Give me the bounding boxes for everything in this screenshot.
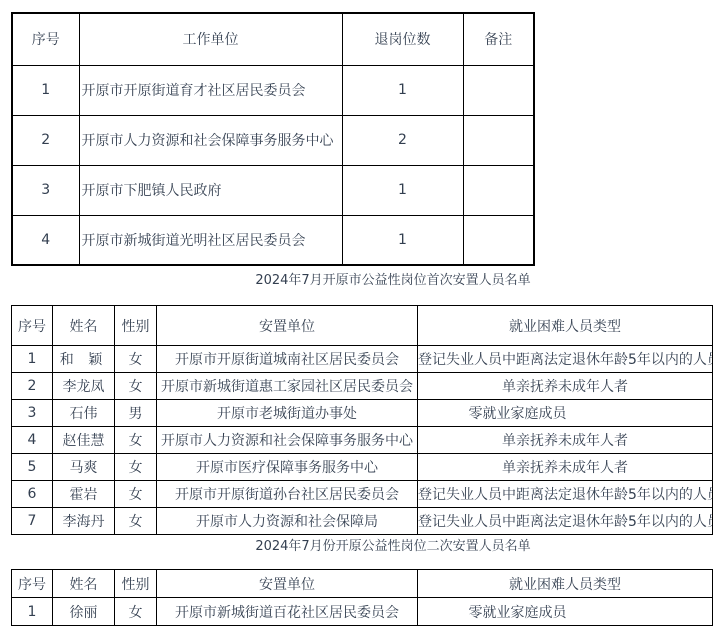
cell-placement-unit: 开原市医疗保障事务服务中心 [157, 454, 418, 481]
table-row: 6 霍岩 女 开原市开原街道孙台社区居民委员会 登记失业人员中距离法定退休年龄5… [12, 481, 713, 508]
cell-gender: 女 [115, 508, 157, 535]
cell-difficulty-type: 单亲抚养未成年人者 [418, 373, 713, 400]
cell-name: 和 颖 [53, 346, 115, 373]
cell-placement-unit: 开原市人力资源和社会保障事务服务中心 [157, 427, 418, 454]
table-row: 1 开原市开原街道育才社区居民委员会 1 [12, 65, 534, 115]
cell-difficulty-type: 零就业家庭成员 [418, 400, 713, 427]
cell-difficulty-type: 零就业家庭成员 [418, 598, 713, 626]
cell-vacated-count: 1 [342, 215, 463, 265]
cell-placement-unit: 开原市人力资源和社会保障局 [157, 508, 418, 535]
first-placement-title: 2024年7月开原市公益性岗位首次安置人员名单 [0, 272, 722, 290]
cell-name: 马爽 [53, 454, 115, 481]
th-gender: 性别 [115, 570, 157, 598]
th-seq: 序号 [12, 570, 53, 598]
cell-placement-unit: 开原市新城街道百花社区居民委员会 [157, 598, 418, 626]
cell-name: 石伟 [53, 400, 115, 427]
cell-note [463, 115, 534, 165]
th-vacated-count: 退岗位数 [342, 13, 463, 65]
table-row: 4 开原市新城街道光明社区居民委员会 1 [12, 215, 534, 265]
cell-seq: 4 [12, 427, 53, 454]
th-work-unit: 工作单位 [79, 13, 342, 65]
th-seq: 序号 [12, 306, 53, 346]
cell-work-unit: 开原市新城街道光明社区居民委员会 [79, 215, 342, 265]
cell-gender: 女 [115, 454, 157, 481]
cell-seq: 3 [12, 400, 53, 427]
table-row: 5 马爽 女 开原市医疗保障事务服务中心 单亲抚养未成年人者 [12, 454, 713, 481]
cell-difficulty-type: 单亲抚养未成年人者 [418, 427, 713, 454]
cell-seq: 3 [12, 165, 79, 215]
th-difficulty-type: 就业困难人员类型 [418, 570, 713, 598]
cell-gender: 女 [115, 598, 157, 626]
cell-name: 赵佳慧 [53, 427, 115, 454]
second-placement-title: 2024年7月份开原公益性岗位二次安置人员名单 [0, 538, 722, 556]
th-gender: 性别 [115, 306, 157, 346]
th-note: 备注 [463, 13, 534, 65]
cell-gender: 女 [115, 373, 157, 400]
cell-note [463, 215, 534, 265]
cell-name: 徐丽 [53, 598, 115, 626]
cell-note [463, 65, 534, 115]
table-row: 2 开原市人力资源和社会保障事务服务中心 2 [12, 115, 534, 165]
cell-seq: 7 [12, 508, 53, 535]
table-row: 2 李龙凤 女 开原市新城街道惠工家园社区居民委员会 单亲抚养未成年人者 [12, 373, 713, 400]
th-difficulty-type: 就业困难人员类型 [418, 306, 713, 346]
cell-work-unit: 开原市下肥镇人民政府 [79, 165, 342, 215]
table-header-row: 序号 姓名 性别 安置单位 就业困难人员类型 [12, 570, 713, 598]
cell-gender: 男 [115, 400, 157, 427]
th-placement-unit: 安置单位 [157, 570, 418, 598]
table-row: 3 石伟 男 开原市老城街道办事处 零就业家庭成员 [12, 400, 713, 427]
cell-difficulty-type: 单亲抚养未成年人者 [418, 454, 713, 481]
th-name: 姓名 [53, 570, 115, 598]
cell-placement-unit: 开原市新城街道惠工家园社区居民委员会 [157, 373, 418, 400]
cell-seq: 1 [12, 346, 53, 373]
cell-placement-unit: 开原市开原街道城南社区居民委员会 [157, 346, 418, 373]
cell-vacated-count: 2 [342, 115, 463, 165]
cell-name: 李龙凤 [53, 373, 115, 400]
work-unit-table: 序号 工作单位 退岗位数 备注 1 开原市开原街道育才社区居民委员会 1 2 开… [11, 12, 535, 266]
second-placement-table: 序号 姓名 性别 安置单位 就业困难人员类型 1 徐丽 女 开原市新城街道百花社… [11, 569, 713, 626]
cell-seq: 2 [12, 373, 53, 400]
cell-seq: 4 [12, 215, 79, 265]
table-row: 4 赵佳慧 女 开原市人力资源和社会保障事务服务中心 单亲抚养未成年人者 [12, 427, 713, 454]
cell-seq: 1 [12, 598, 53, 626]
cell-name: 霍岩 [53, 481, 115, 508]
table-row: 7 李海丹 女 开原市人力资源和社会保障局 登记失业人员中距离法定退休年龄5年以… [12, 508, 713, 535]
table-row: 3 开原市下肥镇人民政府 1 [12, 165, 534, 215]
cell-vacated-count: 1 [342, 65, 463, 115]
cell-seq: 1 [12, 65, 79, 115]
cell-gender: 女 [115, 346, 157, 373]
cell-difficulty-type: 登记失业人员中距离法定退休年龄5年以内的人员 [418, 481, 713, 508]
table-row: 1 徐丽 女 开原市新城街道百花社区居民委员会 零就业家庭成员 [12, 598, 713, 626]
cell-seq: 2 [12, 115, 79, 165]
cell-placement-unit: 开原市老城街道办事处 [157, 400, 418, 427]
th-placement-unit: 安置单位 [157, 306, 418, 346]
cell-difficulty-type: 登记失业人员中距离法定退休年龄5年以内的人员 [418, 508, 713, 535]
cell-gender: 女 [115, 427, 157, 454]
first-placement-table: 序号 姓名 性别 安置单位 就业困难人员类型 1 和 颖 女 开原市开原街道城南… [11, 305, 713, 535]
cell-difficulty-type: 登记失业人员中距离法定退休年龄5年以内的人员 [418, 346, 713, 373]
cell-seq: 6 [12, 481, 53, 508]
table-header-row: 序号 工作单位 退岗位数 备注 [12, 13, 534, 65]
cell-seq: 5 [12, 454, 53, 481]
table-header-row: 序号 姓名 性别 安置单位 就业困难人员类型 [12, 306, 713, 346]
th-seq: 序号 [12, 13, 79, 65]
th-name: 姓名 [53, 306, 115, 346]
cell-gender: 女 [115, 481, 157, 508]
cell-placement-unit: 开原市开原街道孙台社区居民委员会 [157, 481, 418, 508]
cell-name: 李海丹 [53, 508, 115, 535]
cell-work-unit: 开原市开原街道育才社区居民委员会 [79, 65, 342, 115]
cell-vacated-count: 1 [342, 165, 463, 215]
table-row: 1 和 颖 女 开原市开原街道城南社区居民委员会 登记失业人员中距离法定退休年龄… [12, 346, 713, 373]
cell-work-unit: 开原市人力资源和社会保障事务服务中心 [79, 115, 342, 165]
cell-note [463, 165, 534, 215]
